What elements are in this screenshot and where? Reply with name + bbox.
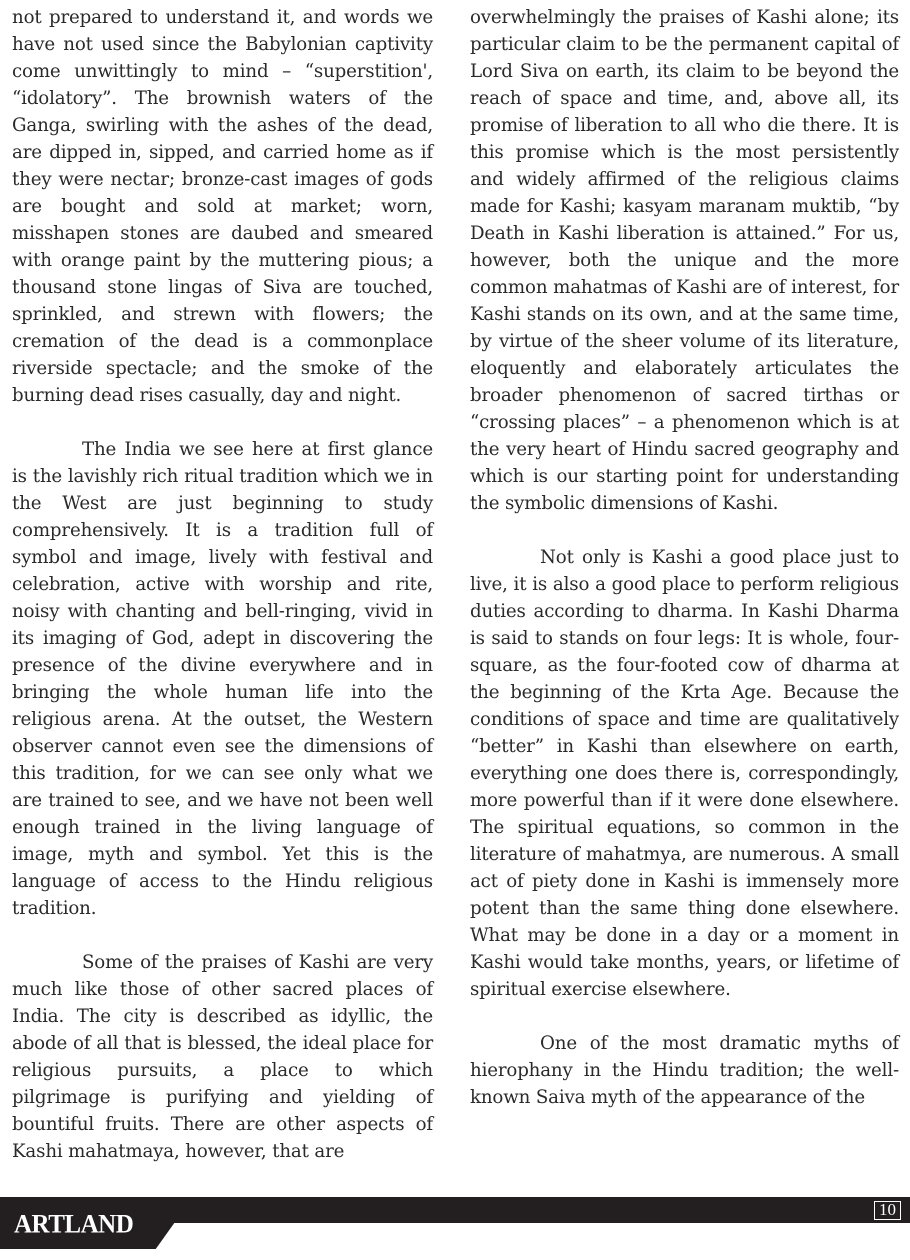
paragraph: Some of the praises of Kashi are very mu…: [12, 949, 433, 1165]
page-number: 10: [874, 1201, 901, 1220]
left-column: not prepared to understand it, and words…: [12, 4, 433, 1165]
paragraph: One of the most dramatic myths of hierop…: [470, 1030, 899, 1111]
paragraph: Not only is Kashi a good place just to l…: [470, 544, 899, 1003]
brand-logo: ARTLAND: [14, 1210, 133, 1239]
right-column: overwhelmingly the praises of Kashi alon…: [470, 4, 899, 1111]
paragraph: overwhelmingly the praises of Kashi alon…: [470, 4, 899, 517]
paragraph: The India we see here at first glance is…: [12, 436, 433, 922]
footer-bar: [0, 1197, 910, 1223]
paragraph: not prepared to understand it, and words…: [12, 4, 433, 409]
